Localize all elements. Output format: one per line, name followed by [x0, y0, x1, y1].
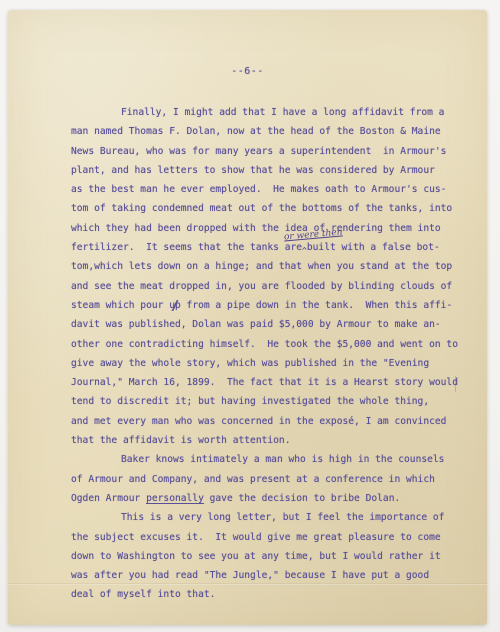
- letter-line: plant, and has letters to show that he w…: [71, 161, 471, 180]
- stray-ink-mark: [455, 376, 456, 392]
- letter-line: the subject excuses it. It would give me…: [71, 528, 471, 547]
- letter-line: News Bureau, who was for many years a su…: [71, 142, 471, 161]
- letter-line: down to Washington to see you at any tim…: [71, 547, 471, 566]
- letter-line: and met every man who was concerned in t…: [71, 412, 471, 431]
- line-text: gave the decision to bribe Dolan.: [204, 493, 400, 504]
- letter-line: as the best man he ever employed. He mak…: [71, 180, 471, 199]
- line-text: fertilizer. It seems that the tanks are: [71, 242, 302, 253]
- letter-line: deal of myself into that.: [71, 585, 471, 604]
- letter-line: and see the meat dropped in, you are flo…: [71, 277, 471, 296]
- underlined-word: personally: [146, 493, 204, 504]
- line-text: steam which pour: [71, 300, 169, 311]
- line-text: from a pipe down in the tank. When this …: [181, 300, 452, 311]
- letter-line: that the affidavit is worth attention.: [71, 431, 471, 450]
- letter-line: Finally, I might add that I have a long …: [71, 103, 471, 122]
- letter-line: man named Thomas F. Dolan, now at the he…: [71, 122, 471, 141]
- letter-line-with-underline: Ogden Armour personally gave the decisio…: [71, 489, 471, 508]
- paper-fold-crease: [8, 583, 487, 585]
- letter-line: davit was published, Dolan was paid $5,0…: [71, 315, 471, 334]
- letter-line: other one contradicting himself. He took…: [71, 335, 471, 354]
- scanned-letter-screenshot: { "page": { "number": "--6--" }, "colors…: [0, 0, 500, 632]
- letter-page: --6-- Finally, I might add that I have a…: [8, 10, 487, 625]
- struck-word: up: [169, 300, 181, 311]
- letter-line: of Armour and Company, and was present a…: [71, 470, 471, 489]
- letter-line-with-insertion: fertilizer. It seems that the tanks are^…: [71, 238, 471, 257]
- letter-body: Finally, I might add that I have a long …: [71, 103, 471, 605]
- letter-line: Journal," March 16, 1899. The fact that …: [71, 373, 471, 392]
- letter-line: This is a very long letter, but I feel t…: [71, 508, 471, 527]
- line-text: Ogden Armour: [71, 493, 146, 504]
- letter-line: tom of taking condemned meat out of the …: [71, 199, 471, 218]
- letter-line: give away the whole story, which was pub…: [71, 354, 471, 373]
- letter-line: which they had been dropped with the ide…: [71, 219, 471, 238]
- letter-line-with-strikeout: steam which pour up from a pipe down in …: [71, 296, 471, 315]
- letter-line: tom,which lets down on a hinge; and that…: [71, 257, 471, 276]
- letter-line: Baker knows intimately a man who is high…: [71, 450, 471, 469]
- handwritten-insertion: ^or were then: [302, 242, 307, 253]
- letter-line: tend to discredit it; but having investi…: [71, 392, 471, 411]
- page-number: --6--: [8, 66, 487, 77]
